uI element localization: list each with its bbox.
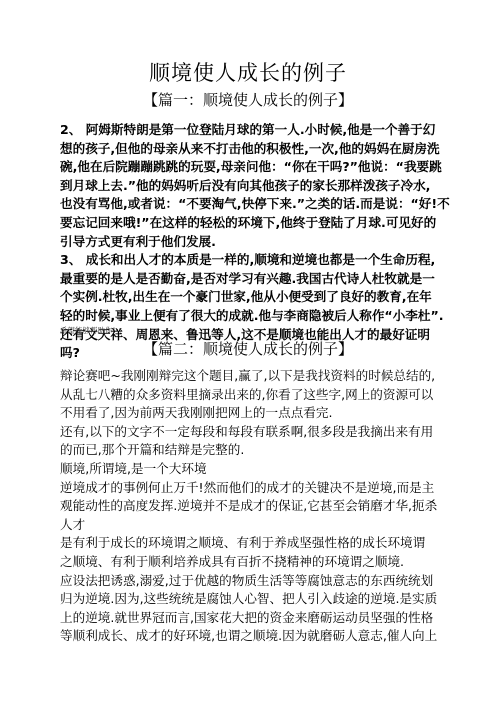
text-line: 不用看了,因为前两天我刚刚把网上的一点点看完. — [60, 404, 440, 423]
section1-heading: 【篇一：顺境使人成长的例子】 — [0, 90, 496, 110]
text-line: 还有,以下的文字不一定每段和每段有联系啊,很多段是我摘出来有用 — [60, 423, 440, 442]
text-line: 轻的时候,事业上便有了很大的成就.他与李商隐被后人称作“小李杜”. — [60, 307, 440, 326]
text-line: 辩论赛吧~我刚刚辩完这个题目,赢了,以下是我找资料的时候总结的, — [60, 367, 440, 386]
text-line: 从乱七八糟的众多资料里摘录出来的,你看了这些字,网上的资源可以 — [60, 386, 440, 405]
document-title: 顺境使人成长的例子 — [0, 60, 496, 86]
text-line: 碗,他在后院蹦蹦跳跳的玩耍,母亲问他：“你在干吗?”他说：“我要跳 — [60, 158, 440, 177]
footnote: 希望能够帮助你! — [60, 325, 116, 336]
text-line: 的而已,那个开篇和结辩是完整的. — [60, 441, 440, 460]
text-line: 个实例.杜牧,出生在一个豪门世家,他从小便受到了良好的教育,在年 — [60, 288, 440, 307]
text-line: 3、 成长和出人才的本质是一样的,顺境和逆境也都是一个生命历程, — [60, 251, 440, 270]
section1-body: 2、 阿姆斯特朗是第一位登陆月球的第一人.小时候,他是一个善于幻 想的孩子,但他… — [60, 121, 440, 363]
text-line: 上的逆境.就世界冠而言,国家花大把的资金来磨砺运动员坚强的性格 — [60, 609, 440, 628]
text-line: 观能动性的高度发挥.逆境并不是成才的保证,它甚至会销磨才华,扼杀 — [60, 497, 440, 516]
text-line: 人才 — [60, 516, 440, 535]
text-line: 想的孩子,但他的母亲从来不打击他的积极性,一次,他的妈妈在厨房洗 — [60, 140, 440, 159]
document-page: 顺境使人成长的例子 【篇一：顺境使人成长的例子】 2、 阿姆斯特朗是第一位登陆月… — [0, 0, 496, 702]
text-line: 引导方式更有利于他们发展. — [60, 233, 440, 252]
text-line: 2、 阿姆斯特朗是第一位登陆月球的第一人.小时候,他是一个善于幻 — [60, 121, 440, 140]
section2-heading: 【篇二：顺境使人成长的例子】 — [0, 339, 496, 359]
text-line: 归为逆境.因为,这些统统是腐蚀人心智、把人引入歧途的逆境.是实质 — [60, 590, 440, 609]
text-line: 等顺利成长、成才的好环境,也谓之顺境.因为就磨砺人意志,催人向上 — [60, 627, 440, 646]
text-line: 之顺境、有利于顺利培养成具有百折不挠精神的环境谓之顺境. — [60, 553, 440, 572]
text-line: 也没有骂他,或者说：“不要淘气,快停下来.”之类的话.而是说：“好!不 — [60, 195, 440, 214]
text-line: 是有利于成长的环境谓之顺境、有利于养成坚强性格的成长环境谓 — [60, 534, 440, 553]
section2-body: 辩论赛吧~我刚刚辩完这个题目,赢了,以下是我找资料的时候总结的, 从乱七八糟的众… — [60, 367, 440, 646]
text-line: 应设法把诱惑,溺爱,过于优越的物质生活等等腐蚀意志的东西统统划 — [60, 572, 440, 591]
text-line: 顺境,所谓境,是一个大环境 — [60, 460, 440, 479]
text-line: 要忘记回来哦!”在这样的轻松的环境下,他终于登陆了月球.可见好的 — [60, 214, 440, 233]
text-line: 到月球上去.”他的妈妈听后没有向其他孩子的家长那样泼孩子冷水, — [60, 177, 440, 196]
text-line: 最重要的是人是否勤奋,是否对学习有兴趣.我国古代诗人杜牧就是一 — [60, 270, 440, 289]
text-line: 逆境成才的事例何止万千!然而他们的成才的关键决不是逆境,而是主 — [60, 479, 440, 498]
